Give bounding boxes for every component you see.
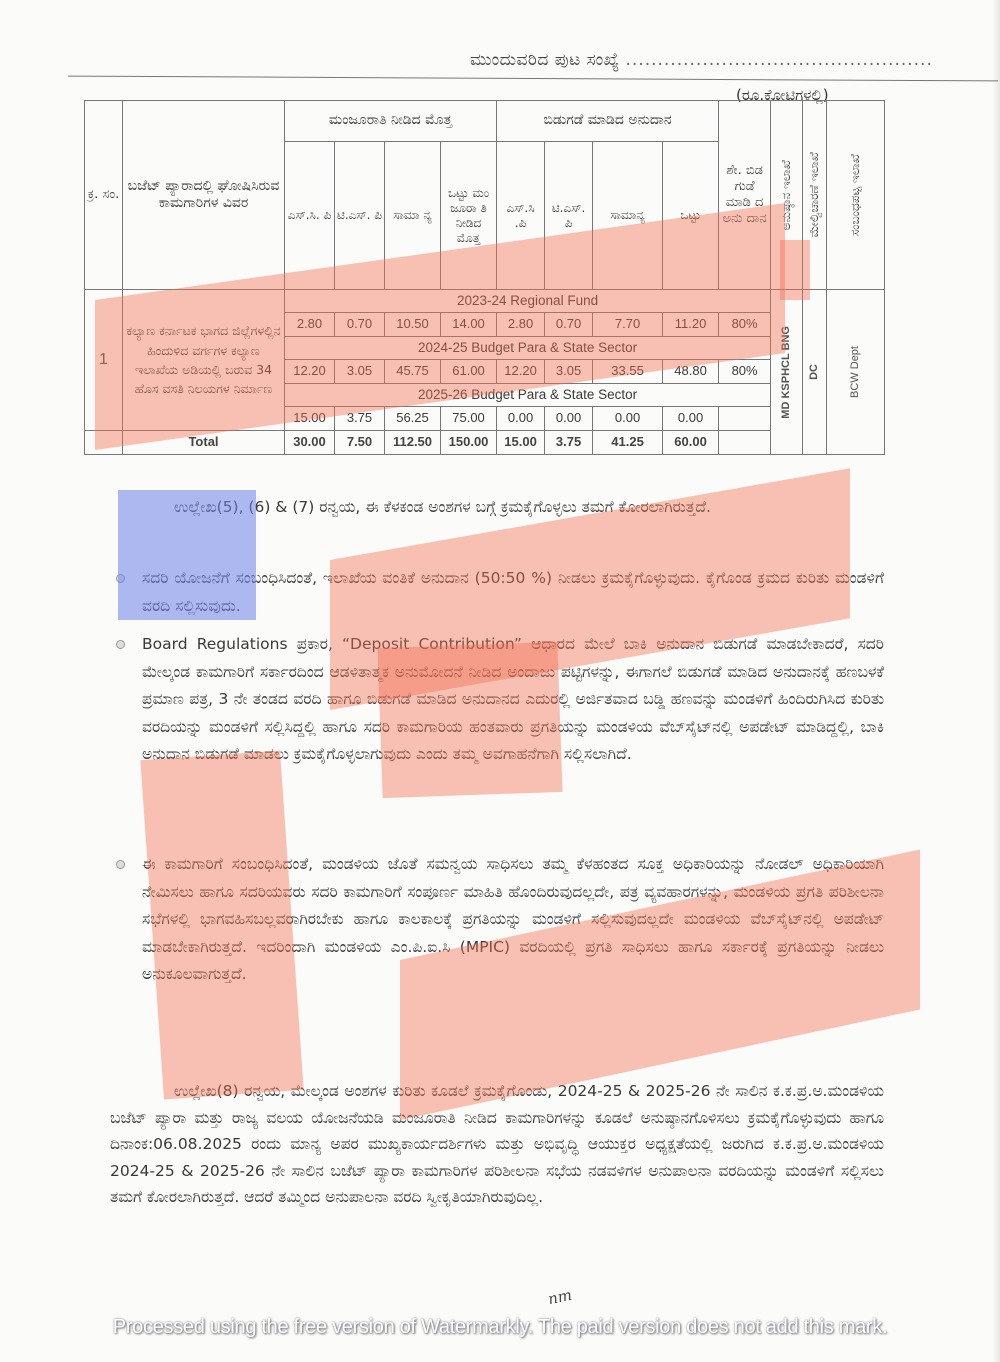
total-cell: 30.00 (285, 431, 335, 455)
value-cell: 0.00 (497, 407, 545, 431)
value-cell: 61.00 (441, 360, 497, 384)
header-sanctioned-amount: ಮಂಜೂರಾತಿ ನೀಡಿದ ಮೊತ್ತ (285, 101, 497, 142)
header-sanctioned-tsp: ಟಿ.ಎಸ್. ಪಿ (335, 142, 385, 290)
implementing-dept-cell: MD KSPHCL BNG (771, 290, 803, 455)
band-label: 2025-26 Budget Para & State Sector (285, 384, 771, 407)
header-concerned-dept: ಸಂಬಂಧಪಟ್ಟ ಇಲಾಖೆ (827, 101, 885, 290)
value-cell: 12.20 (285, 360, 335, 384)
total-cell: 7.50 (335, 431, 385, 455)
paragraph-references-5-6-7: ಉಲ್ಲೇಖ(5), (6) & (7) ರನ್ವಯ, ಈ ಕೆಳಕಂಡ ಅಂಶ… (126, 494, 884, 522)
value-cell: 75.00 (441, 407, 497, 431)
total-cell: 112.50 (385, 431, 441, 455)
value-cell: 3.75 (335, 407, 385, 431)
header-percent-released: ಶೇ. ಬಿಡ ಗುಡೆ ಮಾಡಿ ದ ಅನು ದಾನ (719, 101, 771, 290)
total-cell: 60.00 (663, 431, 719, 455)
header-sanctioned-general: ಸಾಮಾ ನ್ಯ (385, 142, 441, 290)
value-cell: 56.25 (385, 407, 441, 431)
signature-initials: nm (546, 1286, 573, 1309)
bullet-item-contribution: ಸದರಿ ಯೋಜನೆಗೆ ಸಂಬಂಧಿಸಿದಂತೆ, ಇಲಾಖೆಯ ವಂತಿಕೆ… (142, 565, 884, 620)
total-cell: 150.00 (441, 431, 497, 455)
band-label: 2023-24 Regional Fund (285, 290, 771, 313)
total-label: Total (123, 431, 285, 455)
bullet-icon (116, 640, 125, 649)
value-cell: 3.05 (545, 360, 593, 384)
header-sanctioned-scp: ಎಸ್.ಸಿ. ಪಿ (285, 142, 335, 290)
value-cell: 0.00 (663, 407, 719, 431)
header-released-total: ಒಟ್ಟು (663, 142, 719, 290)
row-description: ಕಲ್ಯಾಣ ಕರ್ನಾಟಕ ಭಾಗದ ಜಿಲ್ಲೆಗಳಲ್ಲಿನ ಹಿಂದುಳ… (123, 290, 285, 431)
header-works-description: ಬಜೆಟ್ ಪ್ಯಾರಾದಲ್ಲಿ ಘೋಷಿಸಿರುವ ಕಾಮಗಾರಿಗಳ ವಿ… (123, 101, 285, 290)
value-cell: 0.70 (545, 313, 593, 337)
total-cell: 3.75 (545, 431, 593, 455)
header-supervising-dept: ಮೇಲ್ವಿಚಾರಣೆ ಇಲಾಖೆ (803, 101, 827, 290)
value-cell (719, 407, 771, 431)
document-page: ಮುಂದುವರಿದ ಪುಟ ಸಂಖ್ಯೆ ...................… (0, 0, 1000, 1362)
supervising-dept-cell: DC (803, 290, 827, 455)
header-released-grant: ಬಿಡುಗಡೆ ಮಾಡಿದ ಅನುದಾನ (497, 101, 719, 142)
paragraph-reference-8: ಉಲ್ಲೇಖ(8) ರನ್ವಯ, ಮೇಲ್ಕಂಡ ಅಂಶಗಳ ಕುರಿತು ಕೂ… (110, 1078, 884, 1211)
value-cell: 80% (719, 313, 771, 337)
value-cell: 3.05 (335, 360, 385, 384)
total-cell (719, 431, 771, 455)
value-cell: 7.70 (593, 313, 663, 337)
continued-page-label: ಮುಂದುವರಿದ ಪುಟ ಸಂಖ್ಯೆ (470, 50, 620, 70)
header-sanctioned-total: ಒಟ್ಟು ಮಂ ಜೂರಾ ತಿ ನೀಡಿದ ಮೊತ್ತ (441, 142, 497, 290)
concerned-dept-cell: BCW Dept (827, 290, 885, 455)
value-cell: 45.75 (385, 360, 441, 384)
value-cell: 0.00 (545, 407, 593, 431)
band-label: 2024-25 Budget Para & State Sector (285, 337, 771, 360)
header-released-scp: ಎಸ್.ಸಿ .ಪಿ (497, 142, 545, 290)
page-edge-shadow (992, 0, 1000, 1362)
header-sl-no: ಕ್ರ. ಸಂ. (85, 101, 123, 290)
header-released-general: ಸಾಮಾನ್ಯ (593, 142, 663, 290)
continued-page-number: ಮುಂದುವರಿದ ಪುಟ ಸಂಖ್ಯೆ ...................… (470, 50, 933, 70)
bullet-icon (116, 860, 125, 869)
total-cell: 41.25 (593, 431, 663, 455)
band-row-2023-24: 1 ಕಲ್ಯಾಣ ಕರ್ನಾಟಕ ಭಾಗದ ಜಿಲ್ಲೆಗಳಲ್ಲಿನ ಹಿಂದ… (85, 290, 885, 313)
bullet-icon (116, 574, 125, 583)
value-cell: 33.55 (593, 360, 663, 384)
value-cell: 15.00 (285, 407, 335, 431)
value-cell: 80% (719, 360, 771, 384)
value-cell: 2.80 (497, 313, 545, 337)
bullet-item-board-regulations: Board Regulations ಪ್ರಕಾರ, “Deposit Contr… (142, 631, 884, 769)
header-released-tsp: ಟಿ.ಎಸ್. ಪಿ (545, 142, 593, 290)
value-cell: 0.70 (335, 313, 385, 337)
page-number-dots: ........................................… (625, 50, 932, 70)
value-cell: 48.80 (663, 360, 719, 384)
watermark-text: Processed using the free version of Wate… (0, 1316, 1000, 1339)
total-sl-blank (85, 431, 123, 455)
value-cell: 14.00 (441, 313, 497, 337)
value-cell: 10.50 (385, 313, 441, 337)
value-cell: 11.20 (663, 313, 719, 337)
header-rule (68, 76, 998, 82)
total-cell: 15.00 (497, 431, 545, 455)
total-row: Total 30.00 7.50 112.50 150.00 15.00 3.7… (85, 431, 885, 455)
budget-table: ಕ್ರ. ಸಂ. ಬಜೆಟ್ ಪ್ಯಾರಾದಲ್ಲಿ ಘೋಷಿಸಿರುವ ಕಾಮ… (84, 100, 885, 455)
value-cell: 12.20 (497, 360, 545, 384)
value-cell: 2.80 (285, 313, 335, 337)
row-sl-no: 1 (85, 290, 123, 431)
value-cell: 0.00 (593, 407, 663, 431)
bullet-item-nodal-officer: ಈ ಕಾಮಗಾರಿಗೆ ಸಂಬಂಧಿಸಿದಂತೆ, ಮಂಡಳಿಯ ಜೊತೆ ಸಮ… (142, 851, 884, 989)
header-implementing-dept: ಅನುಷ್ಠಾನ ಇಲಾಖೆ (771, 101, 803, 290)
